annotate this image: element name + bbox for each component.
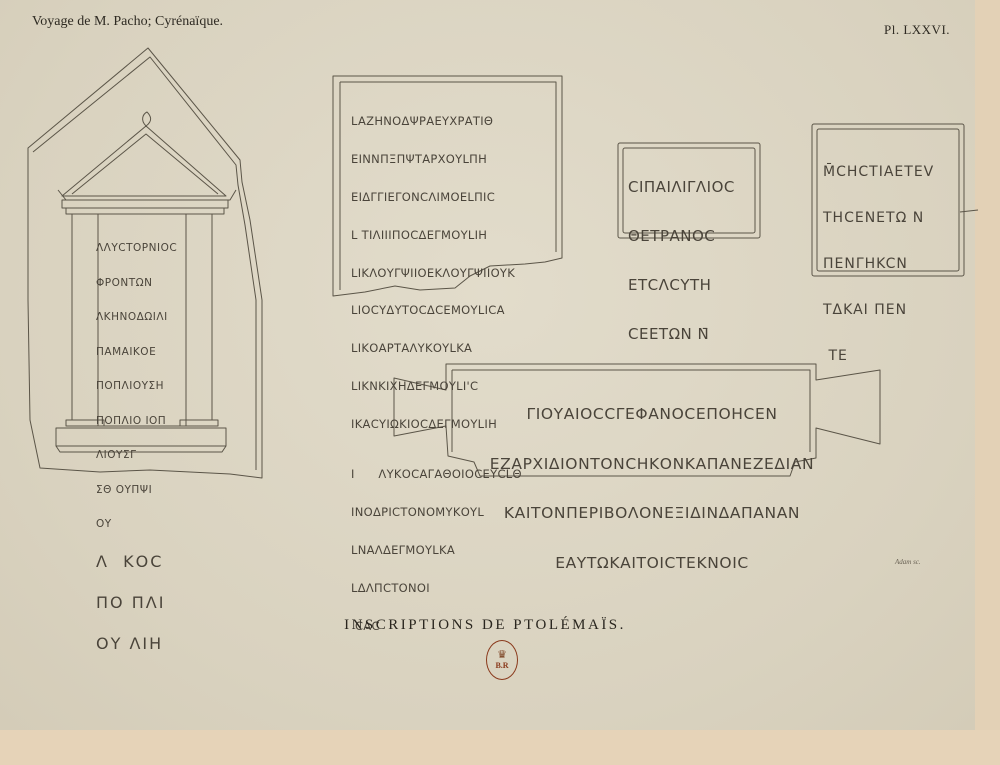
inscription-line: ΟΥ: [96, 519, 177, 530]
inscription-line: TΔKAI ΠEN: [823, 303, 934, 317]
inscription-line: ΠΟΠΛΙΟ ΙΟΠ: [96, 416, 177, 427]
inscription-line: THCENETΩ N: [823, 211, 934, 225]
inscription-line: ΣΘ ΟΥΠΨΙ: [96, 485, 177, 496]
tablet-right-inscription: M̄CHCTIAETEV THCENETΩ N ΠENΓHKCN TΔKAI Π…: [823, 137, 934, 381]
inscription-line: ΦΡΟΝΤΩΝ: [96, 278, 177, 289]
inscription-line: LΙΚΟΑΡΤΑΛΥΚΟΥLΚΑ: [351, 343, 522, 355]
inscription-line: ΠΑΜΑΙΚΟΕ: [96, 347, 177, 358]
stamp-label: B.R: [495, 661, 508, 671]
stele-inscription: ΛΛΥCΤΟΡΝΙΟC ΦΡΟΝΤΩΝ ΛΚΗΝΟΔΩΙΛΙ ΠΑΜΑΙΚΟΕ …: [96, 222, 177, 666]
crown-icon: ♛: [497, 650, 507, 661]
inscription-line-large: ΠΟ ΠΛΙ: [96, 595, 177, 611]
inscription-line: ΛΚΗΝΟΔΩΙΛΙ: [96, 312, 177, 323]
inscription-line: LΙΟCΥΔΥΤΟCΔCΕΜΟΥLΙCΑ: [351, 305, 522, 317]
inscription-line: M̄CHCTIAETEV: [823, 165, 934, 179]
inscription-line: ΕΤCΛCΥΤΗ: [628, 278, 735, 293]
inscription-line: CΕΕΤΩΝ Ν̄: [628, 327, 735, 342]
engraver-signature: Adam sc.: [895, 558, 921, 566]
inscription-line: ΚΑΙΤΟΝΠΕΡΙΒΟΛΟΝΕΞΙΔΙΝΔΑΠΑΝΑΝ: [452, 506, 852, 522]
plate-caption: INSCRIPTIONS DE PTOLÉMAÏS.: [0, 617, 985, 634]
inscription-line: ΛΛΥCΤΟΡΝΙΟC: [96, 243, 177, 254]
inscription-line: ΓΙΟΥΑΙΟCCΓΕΦΑΝΟCΕΠΟΗCΕΝ: [452, 407, 852, 423]
inscription-line: ΕΙΝΝΠΞΠΨΤΑΡΧΟΥLΠΗ: [351, 154, 522, 166]
inscription-line: ΕΖΑΡΧΙΔΙΟΝΤΟΝCΗΚΟΝΚΑΠΑΝΕΖΕΔΙΑΝ: [452, 457, 852, 473]
inscription-line: ΘΕΤΡΑΝΟC: [628, 229, 735, 244]
inscription-line: ΠΟΠΛΙΟΥΣΗ: [96, 381, 177, 392]
inscription-line-large: Λ ΚΟC: [96, 554, 177, 570]
inscription-line: L ΤΙΛΙΙΙΠΟCΔΕΓΜΟΥLΙΗ: [351, 230, 522, 242]
inscription-line: ΕΑΥΤΩΚΑΙΤΟΙCΤΕΚΝΟΙC: [452, 556, 852, 572]
inscription-line: LAΖΗΝΟΔΨΡΑΕΥΧΡΑΤΙΘ: [351, 116, 522, 128]
inscription-line: ΕΙΔΓΓΙΕΓΟΝCΛΙΜΟΕLΠΙC: [351, 192, 522, 204]
tablet-middle-inscription: CΙΠΑΙΛΙΓΛΙΟC ΘΕΤΡΑΝΟC ΕΤCΛCΥΤΗ CΕΕΤΩΝ Ν̄: [628, 150, 735, 361]
inscription-line: CΙΠΑΙΛΙΓΛΙΟC: [628, 180, 735, 195]
inscription-line: LΙΚΛΟΥΓΨΙΙΟΕΚΛΟΥΓΨΙΙΟΥΚ: [351, 268, 522, 280]
tabula-ansata-inscription: ΓΙΟΥΑΙΟCCΓΕΦΑΝΟCΕΠΟΗCΕΝ ΕΖΑΡΧΙΔΙΟΝΤΟΝCΗΚ…: [452, 376, 852, 590]
inscription-line: ΛΙΟΥΣΓ: [96, 450, 177, 461]
inscription-line-large: ΟΥ ΛΙΗ: [96, 636, 177, 652]
library-stamp: ♛ B.R: [486, 640, 518, 680]
inscription-line: TE: [823, 349, 934, 363]
inscription-line: ΠENΓHKCN: [823, 257, 934, 271]
